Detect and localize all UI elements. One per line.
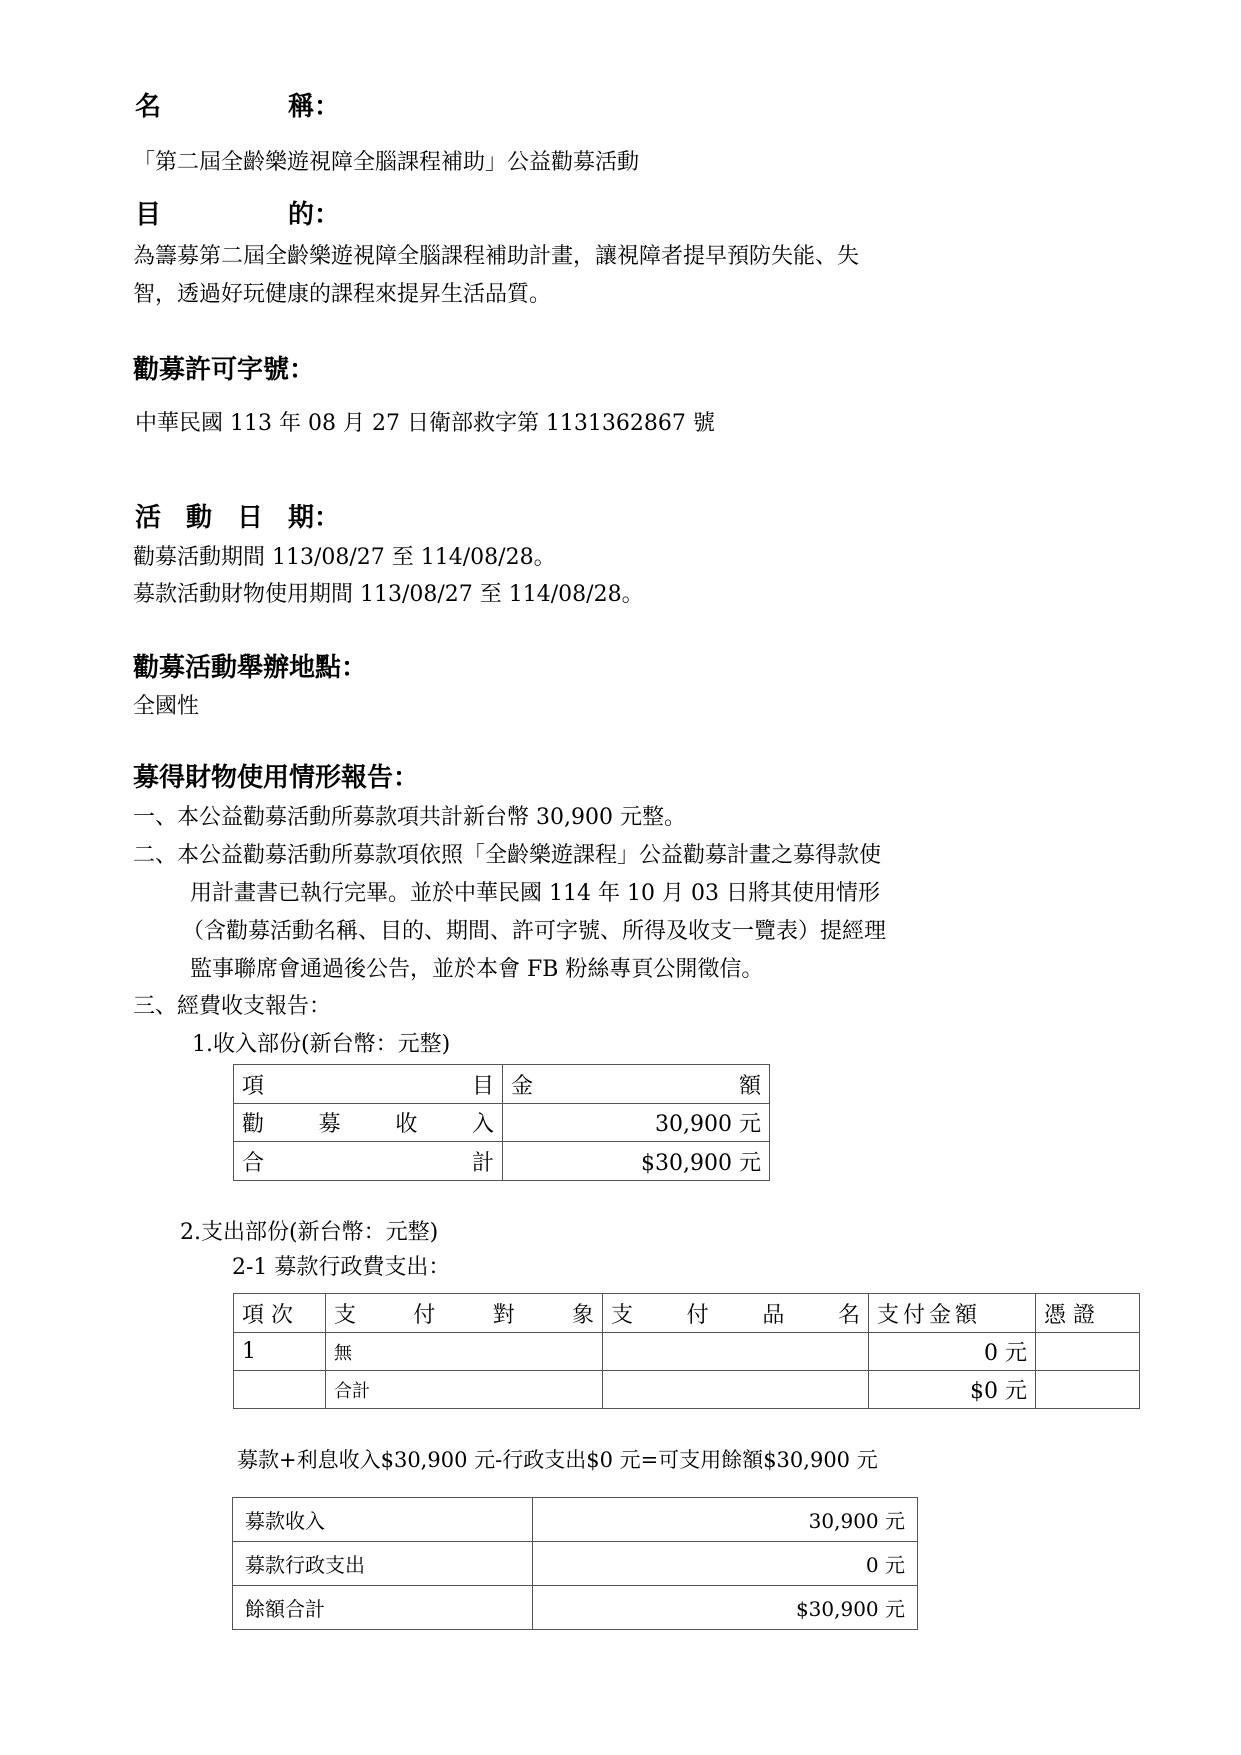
- table-row: 1 無 0 元: [234, 1333, 1140, 1371]
- heading-dates-char-1: 活: [135, 503, 161, 533]
- heading-name-char-2: 稱：: [288, 92, 340, 122]
- balance-amount-cell: 0 元: [533, 1542, 918, 1586]
- item-char: 入: [472, 1107, 494, 1138]
- dates-line-2: 募款活動財物使用期間 113/08/27 至 114/08/28。: [133, 580, 644, 610]
- income-header-amount: 金 額: [503, 1065, 770, 1104]
- heading-report: 募得財物使用情形報告：: [133, 763, 419, 793]
- report-item-text: 經費收支報告：: [177, 994, 331, 1019]
- location-text: 全國性: [133, 692, 199, 722]
- report-item-2-line-1: 二、本公益勸募活動所募款項依照「全齡樂遊課程」公益勸募計畫之募得款使: [133, 841, 881, 871]
- report-item-marker: 一、: [133, 805, 177, 830]
- income-item-cell: 合 計: [234, 1142, 503, 1181]
- heading-dates-char-2: 動: [186, 503, 212, 533]
- report-item-marker: 三、: [133, 994, 177, 1019]
- table-row: 勸 募 收 入 30,900 元: [234, 1104, 770, 1142]
- expense-product-cell: [603, 1333, 869, 1371]
- purpose-line-1: 為籌募第二屆全齡樂遊視障全腦課程補助計畫，讓視障者提早預防失能、失: [133, 242, 859, 272]
- expense-header-voucher: 憑 證: [1036, 1294, 1140, 1333]
- heading-name: 名 稱：: [135, 92, 340, 122]
- income-item-cell: 勸 募 收 入: [234, 1104, 503, 1142]
- heading-location: 勸募活動舉辦地點：: [133, 653, 367, 683]
- heading-name-char-1: 名: [135, 92, 161, 122]
- report-item-text: 本公益勸募活動所募款項依照「全齡樂遊課程」公益勸募計畫之募得款使: [177, 843, 881, 868]
- expense-header-amount: 支付金額: [869, 1294, 1036, 1333]
- expense-product-cell: [603, 1371, 869, 1409]
- balance-table: 募款收入 30,900 元 募款行政支出 0 元 餘額合計 $30,900 元: [232, 1497, 918, 1630]
- report-item-2-line-3: （含勸募活動名稱、目的、期間、許可字號、所得及收支一覽表）提經理: [182, 917, 886, 947]
- item-char: 計: [472, 1146, 494, 1177]
- report-item-2-line-4: 監事聯席會通過後公告，並於本會 FB 粉絲專頁公開徵信。: [190, 955, 763, 985]
- table-row: 餘額合計 $30,900 元: [233, 1586, 918, 1630]
- expense-header-payee: 支 付 對 象: [326, 1294, 603, 1333]
- report-item-2-line-2: 用計畫書已執行完畢。並於中華民國 114 年 10 月 03 日將其使用情形: [190, 879, 880, 909]
- heading-permit: 勸募許可字號：: [133, 355, 315, 385]
- expense-table-header: 項 次 支 付 對 象 支 付 品 名 支付金額 憑 證: [234, 1294, 1140, 1333]
- permit-number: 中華民國 113 年 08 月 27 日衛部救字第 1131362867 號: [135, 409, 715, 439]
- expense-title: 2.支出部份(新台幣：元整): [180, 1218, 438, 1248]
- balance-label-cell: 餘額合計: [233, 1586, 533, 1630]
- expense-header-product: 支 付 品 名: [603, 1294, 869, 1333]
- balance-label-cell: 募款行政支出: [233, 1542, 533, 1586]
- table-row: 募款收入 30,900 元: [233, 1498, 918, 1542]
- item-char: 勸: [242, 1107, 264, 1138]
- header-char: 名: [838, 1298, 860, 1329]
- expense-table: 項 次 支 付 對 象 支 付 品 名 支付金額 憑 證 1 無 0 元: [233, 1293, 1140, 1409]
- expense-payee-cell: 合計: [326, 1371, 603, 1409]
- income-table-header: 項 目 金 額: [234, 1065, 770, 1104]
- expense-amount-cell: 0 元: [869, 1333, 1036, 1371]
- report-item-marker: 二、: [133, 843, 177, 868]
- expense-voucher-cell: [1036, 1333, 1140, 1371]
- income-header-item: 項 目: [234, 1065, 503, 1104]
- header-char: 品: [762, 1298, 784, 1329]
- income-amount-cell: $30,900 元: [503, 1142, 770, 1181]
- header-char: 支: [611, 1298, 633, 1329]
- heading-dates: 活 動 日 期：: [135, 503, 340, 533]
- purpose-line-2: 智，透過好玩健康的課程來提昇生活品質。: [133, 280, 551, 310]
- expense-no-cell: 1: [234, 1333, 326, 1371]
- expense-amount-cell: $0 元: [869, 1371, 1036, 1409]
- table-row: 合 計 $30,900 元: [234, 1142, 770, 1181]
- heading-purpose-char-2: 的：: [288, 200, 340, 230]
- header-char: 付: [687, 1298, 709, 1329]
- item-char: 收: [395, 1107, 417, 1138]
- header-char: 支: [334, 1298, 356, 1329]
- expense-no-cell: [234, 1371, 326, 1409]
- activity-name: 「第二屆全齡樂遊視障全腦課程補助」公益勸募活動: [133, 148, 639, 178]
- report-item-text: 本公益勸募活動所募款項共計新台幣 30,900 元整。: [177, 805, 686, 830]
- dates-line-1: 勸募活動期間 113/08/27 至 114/08/28。: [133, 543, 556, 573]
- table-row: 募款行政支出 0 元: [233, 1542, 918, 1586]
- header-char: 金: [511, 1069, 533, 1100]
- income-table: 項 目 金 額 勸 募 收 入 30,900 元 合 計: [233, 1064, 770, 1181]
- header-char: 象: [572, 1298, 594, 1329]
- report-item-3: 三、經費收支報告：: [133, 992, 331, 1022]
- balance-label-cell: 募款收入: [233, 1498, 533, 1542]
- table-row: 合計 $0 元: [234, 1371, 1140, 1409]
- heading-purpose-char-1: 目: [135, 200, 161, 230]
- expense-payee-cell: 無: [326, 1333, 603, 1371]
- heading-dates-char-3: 日: [237, 503, 263, 533]
- balance-amount-cell: $30,900 元: [533, 1586, 918, 1630]
- item-char: 募: [319, 1107, 341, 1138]
- item-char: 合: [242, 1146, 264, 1177]
- heading-purpose: 目 的：: [135, 200, 340, 230]
- heading-dates-char-4: 期：: [288, 503, 340, 533]
- header-char: 目: [472, 1069, 494, 1100]
- header-char: 額: [739, 1069, 761, 1100]
- expense-voucher-cell: [1036, 1371, 1140, 1409]
- income-amount-cell: 30,900 元: [503, 1104, 770, 1142]
- expense-header-no: 項 次: [234, 1294, 326, 1333]
- expense-subtitle: 2-1 募款行政費支出：: [232, 1253, 450, 1283]
- header-char: 項: [242, 1069, 264, 1100]
- balance-formula: 募款+利息收入$30,900 元-行政支出$0 元=可支用餘額$30,900 元: [237, 1445, 878, 1475]
- header-char: 付: [413, 1298, 435, 1329]
- report-item-1: 一、本公益勸募活動所募款項共計新台幣 30,900 元整。: [133, 803, 686, 833]
- header-char: 對: [493, 1298, 515, 1329]
- income-title: 1.收入部份(新台幣：元整): [192, 1030, 450, 1060]
- balance-amount-cell: 30,900 元: [533, 1498, 918, 1542]
